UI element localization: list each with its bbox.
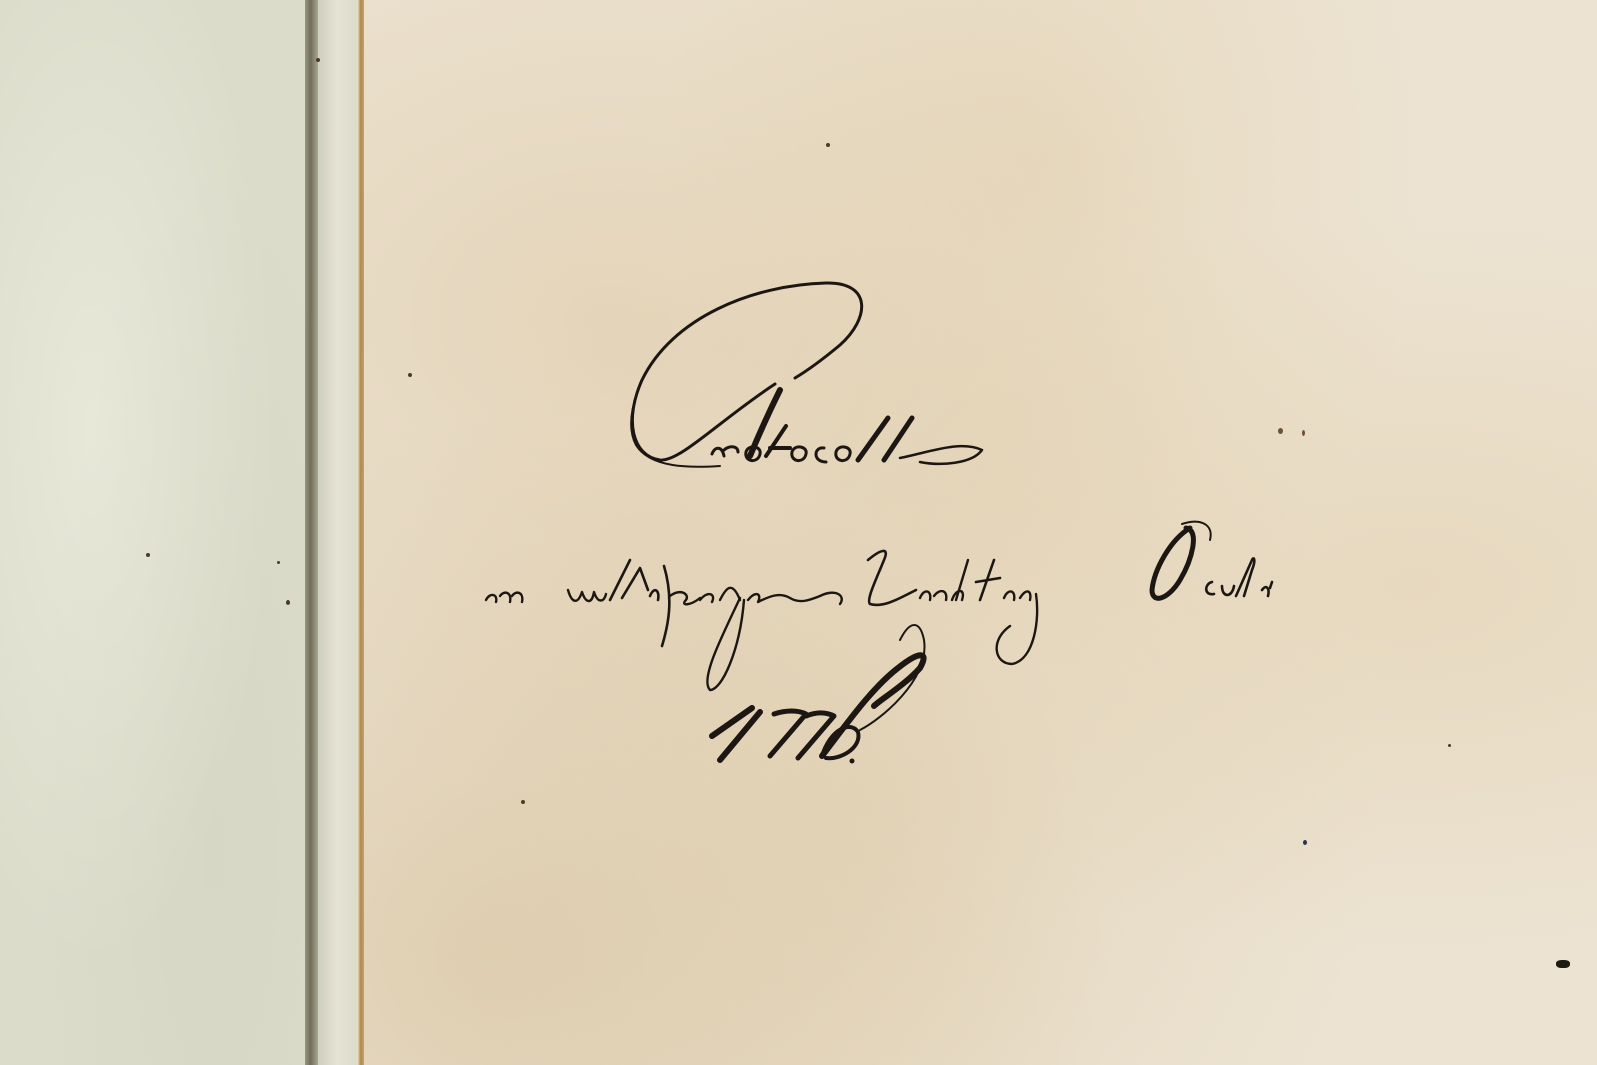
handwritten-title — [0, 0, 1597, 1065]
